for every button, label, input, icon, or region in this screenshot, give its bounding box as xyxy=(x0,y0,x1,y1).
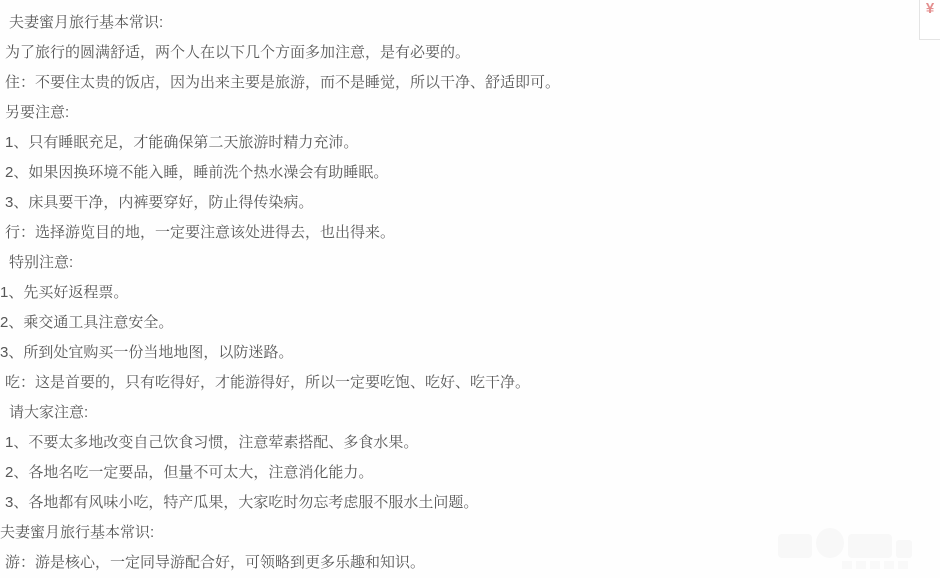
section-heading: 另要注意: xyxy=(0,98,940,128)
list-item: 1、只有睡眠充足，才能确保第二天旅游时精力充沛。 xyxy=(0,128,940,158)
watermark-shape xyxy=(848,534,892,558)
list-item: 2、如果因换环境不能入睡，睡前洗个热水澡会有助睡眠。 xyxy=(0,158,940,188)
watermark-logo-row xyxy=(778,526,912,558)
list-item: 2、乘交通工具注意安全。 xyxy=(0,308,940,338)
list-item: 3、各地都有风味小吃，特产瓜果，大家吃时勿忘考虑服不服水土问题。 xyxy=(0,488,940,518)
list-item: 1、先买好返程票。 xyxy=(0,278,940,308)
watermark-shape xyxy=(778,534,812,558)
watermark-text-row xyxy=(842,561,912,569)
currency-widget-button[interactable]: ¥ xyxy=(919,0,940,40)
paragraph-line: 住：不要住太贵的饭店，因为出来主要是旅游，而不是睡觉，所以干净、舒适即可。 xyxy=(0,68,940,98)
document-body: 夫妻蜜月旅行基本常识: 为了旅行的圆满舒适，两个人在以下几个方面多加注意，是有必… xyxy=(0,0,940,578)
yen-icon: ¥ xyxy=(920,0,940,17)
paragraph-line: 行：选择游览目的地，一定要注意该处进得去，也出得来。 xyxy=(0,218,940,248)
watermark-shape xyxy=(816,528,844,558)
doc-heading: 夫妻蜜月旅行基本常识: xyxy=(0,8,940,38)
section-heading: 特别注意: xyxy=(0,248,940,278)
watermark-shape xyxy=(898,561,908,569)
watermark-shape xyxy=(896,540,912,558)
paragraph-line: 为了旅行的圆满舒适，两个人在以下几个方面多加注意，是有必要的。 xyxy=(0,38,940,68)
watermark-shape xyxy=(884,561,894,569)
paragraph-line: 吃：这是首要的，只有吃得好，才能游得好，所以一定要吃饱、吃好、吃干净。 xyxy=(0,368,940,398)
list-item: 3、床具要干净，内裤要穿好，防止得传染病。 xyxy=(0,188,940,218)
faint-logo-watermark xyxy=(778,526,912,570)
list-item: 1、不要太多地改变自己饮食习惯，注意荤素搭配、多食水果。 xyxy=(0,428,940,458)
watermark-shape xyxy=(856,561,866,569)
list-item: 3、所到处宜购买一份当地地图，以防迷路。 xyxy=(0,338,940,368)
list-item: 2、各地名吃一定要品，但量不可太大，注意消化能力。 xyxy=(0,458,940,488)
section-heading: 请大家注意: xyxy=(0,398,940,428)
watermark-shape xyxy=(842,561,852,569)
watermark-shape xyxy=(870,561,880,569)
